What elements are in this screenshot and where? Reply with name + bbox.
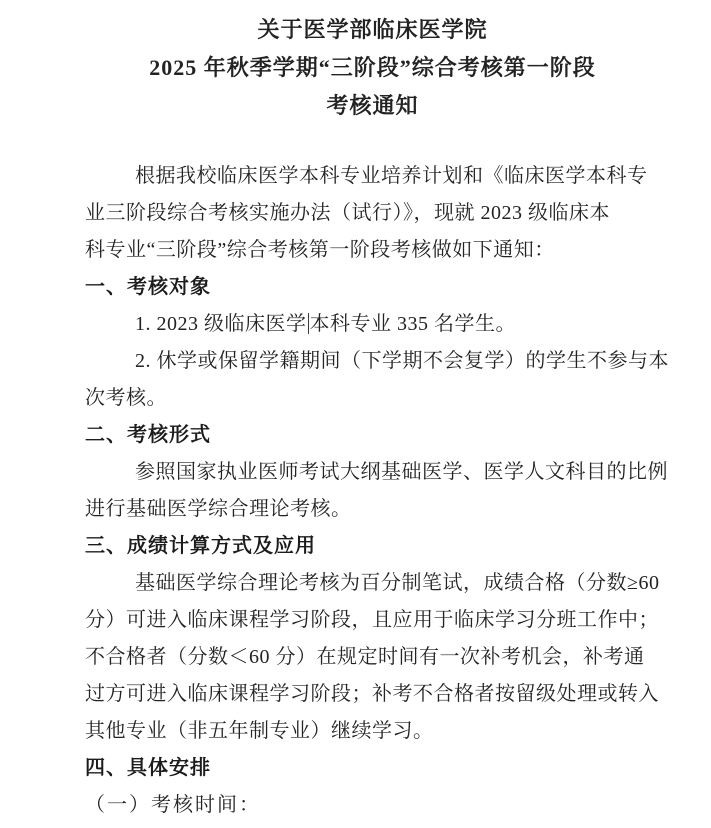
text-after-cursor: 本科专业 335 名学生。 xyxy=(310,313,517,335)
paragraph-line: 进行基础医学综合理论考核。 xyxy=(85,491,711,528)
paragraph-line: 基础医学综合理论考核为百分制笔试，成绩合格（分数≥60 xyxy=(85,565,711,602)
document-title: 关于医学部临床医学院2025 年秋季学期“三阶段”综合考核第一阶段考核通知 xyxy=(85,11,660,125)
text-cursor-icon xyxy=(308,313,309,334)
paragraph-line: 过方可进入临床课程学习阶段；补考不合格者按留级处理或转入 xyxy=(85,676,711,713)
paragraph-line: 业三阶段综合考核实施办法（试行）》，现就 2023 级临床本 xyxy=(85,195,711,232)
paragraph-line: 科专业“三阶段”综合考核第一阶段考核做如下通知： xyxy=(85,232,711,269)
text-before-cursor: 1. 2023 级临床医学 xyxy=(135,313,307,335)
document-page: 关于医学部临床医学院2025 年秋季学期“三阶段”综合考核第一阶段考核通知 根据… xyxy=(0,0,711,828)
paragraph-line: 其他专业（非五年制专业）继续学习。 xyxy=(85,713,711,750)
title-line: 关于医学部临床医学院 xyxy=(85,11,660,49)
title-line: 考核通知 xyxy=(85,87,660,125)
document-body: 根据我校临床医学本科专业培养计划和《临床医学本科专业三阶段综合考核实施办法（试行… xyxy=(85,158,711,824)
title-line: 2025 年秋季学期“三阶段”综合考核第一阶段 xyxy=(85,49,660,87)
section-heading: 二、考核形式 xyxy=(85,417,711,454)
paragraph-line: 不合格者（分数＜60 分）在规定时间有一次补考机会，补考通 xyxy=(85,639,711,676)
paragraph-line: 次考核。 xyxy=(85,380,711,417)
section-heading: 三、成绩计算方式及应用 xyxy=(85,528,711,565)
title-body-gap xyxy=(85,125,711,158)
subsection-heading: （一）考核时间： xyxy=(85,787,711,824)
paragraph-line: 参照国家执业医师考试大纲基础医学、医学人文科目的比例 xyxy=(85,454,711,491)
paragraph-line: 1. 2023 级临床医学本科专业 335 名学生。 xyxy=(85,306,711,343)
section-heading: 四、具体安排 xyxy=(85,750,711,787)
paragraph-line: 2. 休学或保留学籍期间（下学期不会复学）的学生不参与本 xyxy=(85,343,711,380)
paragraph-line: 根据我校临床医学本科专业培养计划和《临床医学本科专 xyxy=(85,158,711,195)
section-heading: 一、考核对象 xyxy=(85,269,711,306)
paragraph-line: 分）可进入临床课程学习阶段，且应用于临床学习分班工作中； xyxy=(85,602,711,639)
